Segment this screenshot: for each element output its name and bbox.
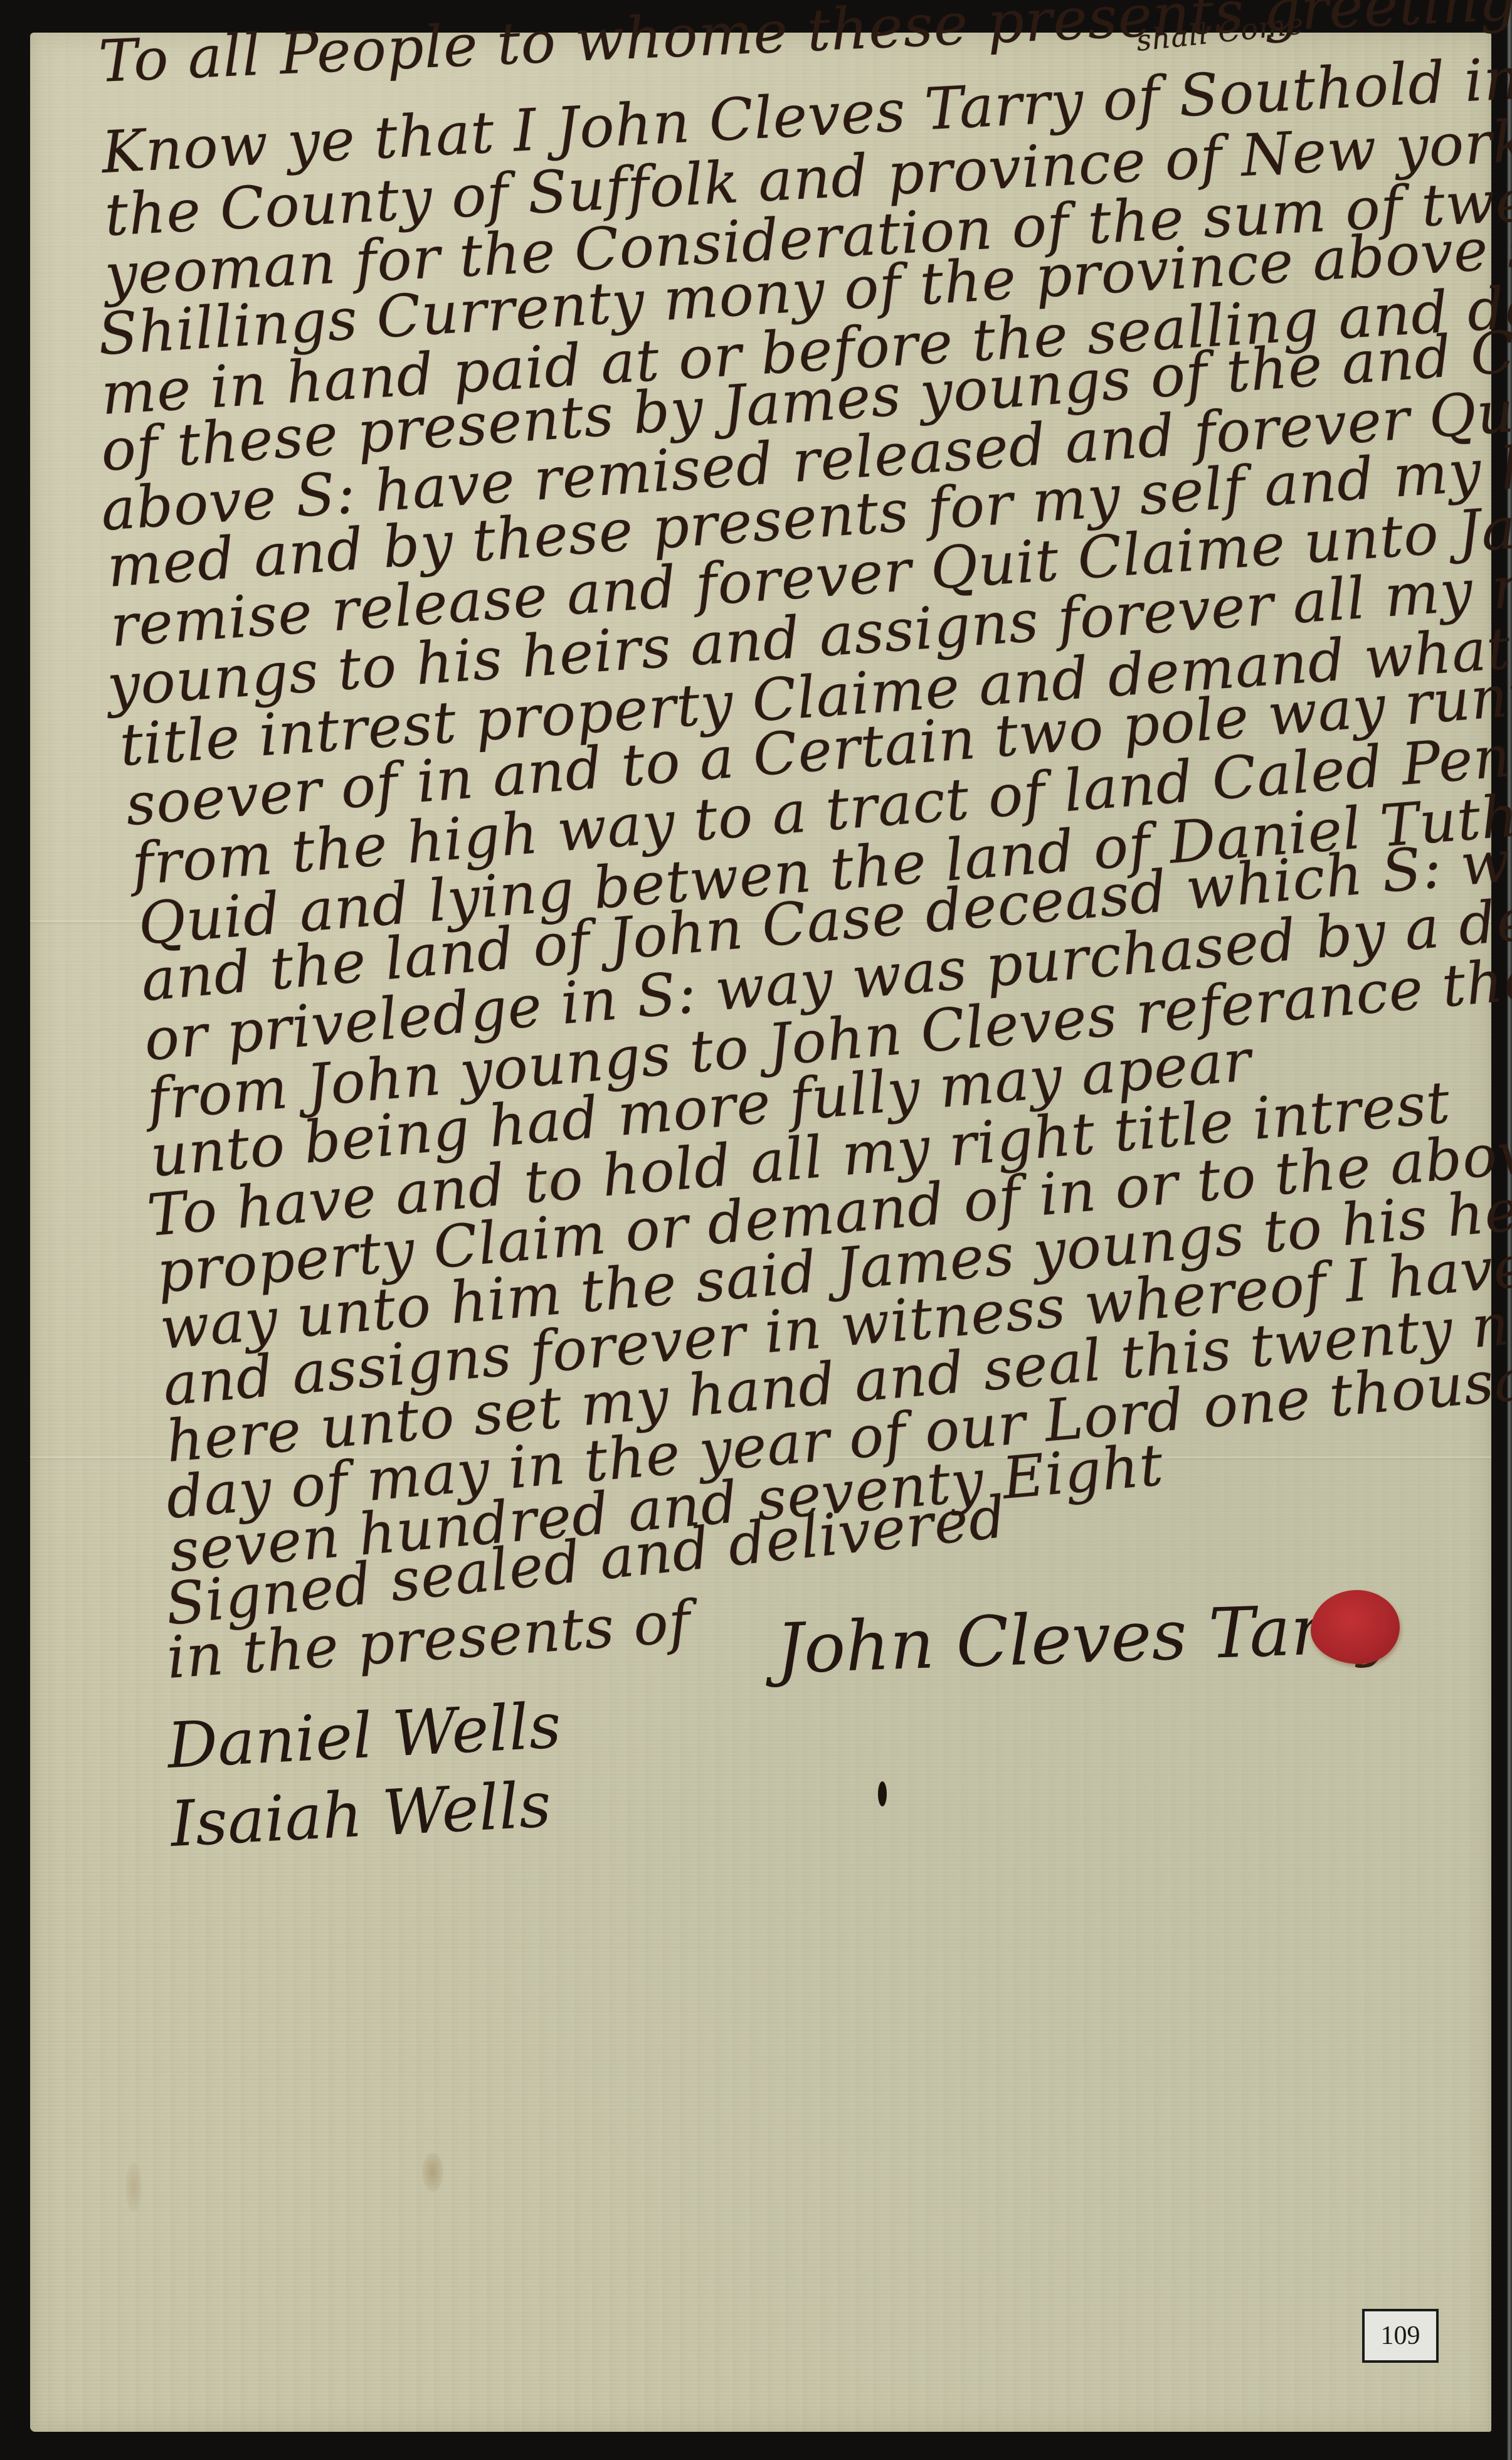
page-number-label: 109 [1362,2309,1439,2363]
ink-blot [878,1781,887,1806]
paper-stain [125,2162,142,2212]
page-number: 109 [1381,2321,1420,2351]
wax-seal [1311,1590,1400,1664]
paper-stain [422,2153,443,2192]
